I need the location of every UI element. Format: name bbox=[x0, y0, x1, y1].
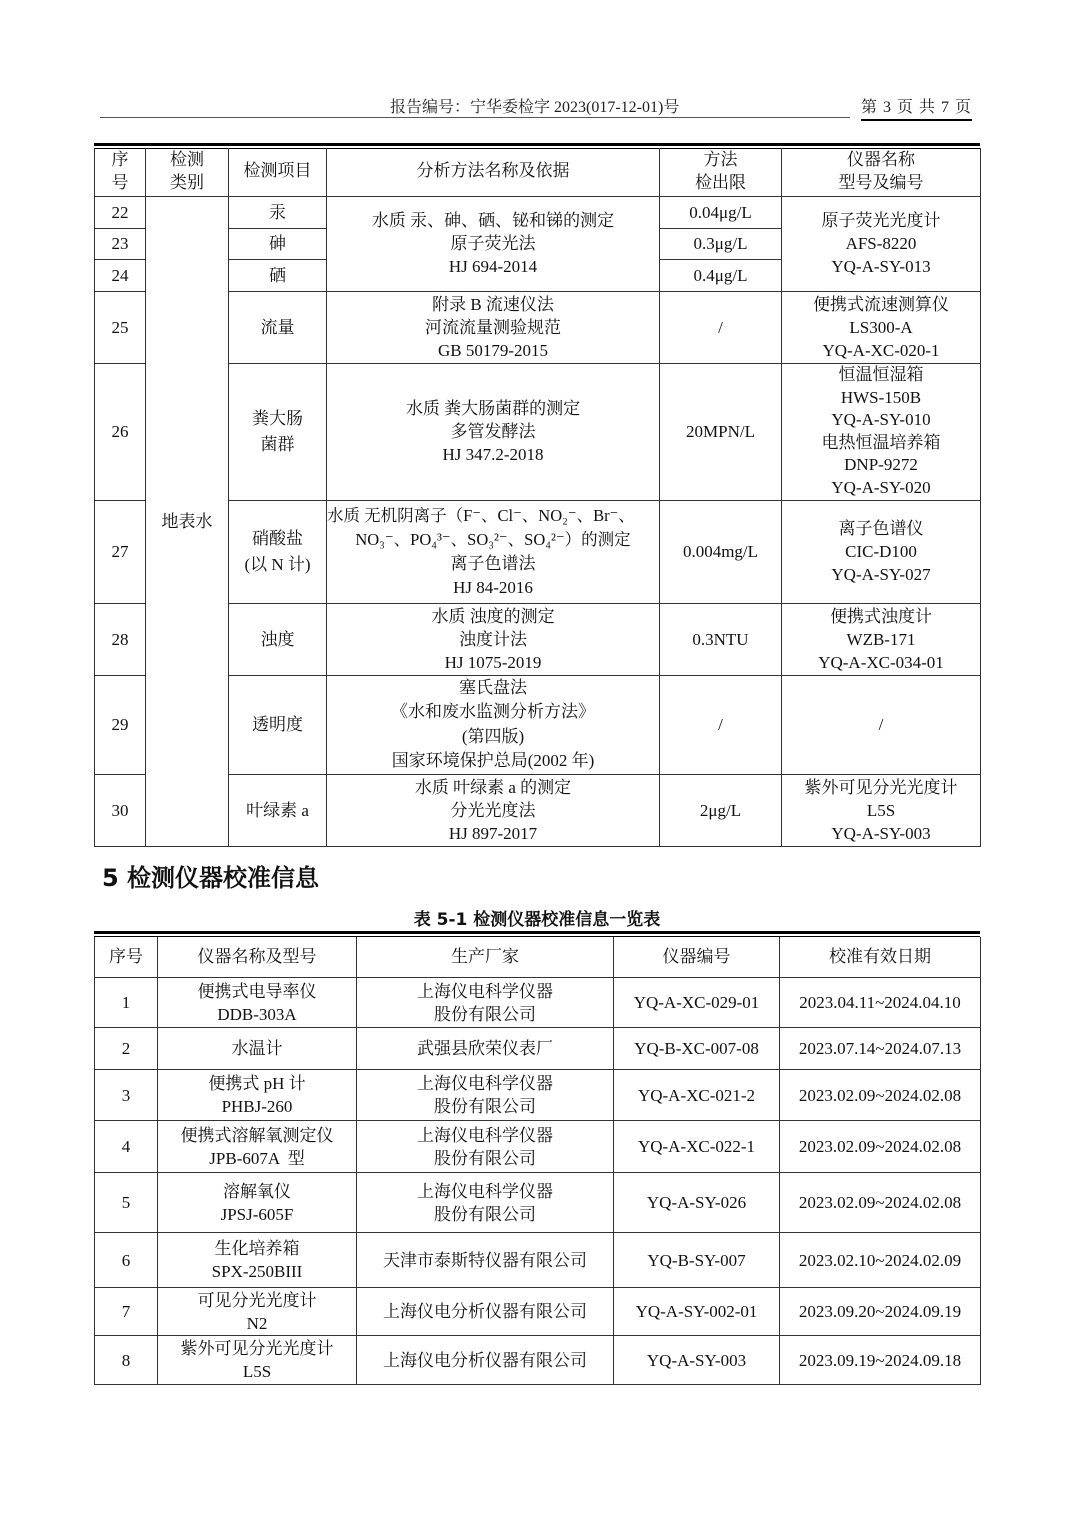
category-cell: 地表水 bbox=[146, 196, 229, 846]
seq-cell: 8 bbox=[95, 1336, 158, 1385]
date-cell: 2023.04.11~2024.04.10 bbox=[780, 978, 981, 1028]
name-cell: 水温计 bbox=[158, 1028, 357, 1070]
table-row: 2 水温计 武强县欣荣仪表厂 YQ-B-XC-007-08 2023.07.14… bbox=[95, 1028, 981, 1070]
date-cell: 2023.02.09~2024.02.08 bbox=[780, 1173, 981, 1233]
limit-cell: 0.04μg/L bbox=[660, 196, 782, 228]
instrument-cell: 离子色谱仪 CIC-D100 YQ-A-SY-027 bbox=[782, 500, 981, 603]
maker-cell: 上海仪电分析仪器有限公司 bbox=[357, 1336, 614, 1385]
header-seq: 序号 bbox=[95, 148, 146, 196]
code-cell: YQ-A-XC-021-2 bbox=[614, 1070, 780, 1121]
seq-cell: 30 bbox=[95, 774, 146, 846]
limit-cell: 0.4μg/L bbox=[660, 259, 782, 291]
limit-cell: 0.3NTU bbox=[660, 603, 782, 675]
header-instrument: 仪器名称型号及编号 bbox=[782, 148, 981, 196]
seq-cell: 22 bbox=[95, 196, 146, 228]
maker-cell: 上海仪电科学仪器股份有限公司 bbox=[357, 1070, 614, 1121]
detection-methods-table: 序号 检测类别 检测项目 分析方法名称及依据 方法检出限 仪器名称型号及编号 2… bbox=[94, 148, 981, 847]
seq-cell: 5 bbox=[95, 1173, 158, 1233]
name-cell: 生化培养箱SPX-250BIII bbox=[158, 1233, 357, 1288]
item-cell: 浊度 bbox=[229, 603, 327, 675]
seq-cell: 25 bbox=[95, 291, 146, 363]
item-cell: 砷 bbox=[229, 228, 327, 259]
seq-cell: 1 bbox=[95, 978, 158, 1028]
header-category: 检测类别 bbox=[146, 148, 229, 196]
name-cell: 便携式溶解氧测定仪JPB-607A 型 bbox=[158, 1121, 357, 1173]
date-cell: 2023.09.19~2024.09.18 bbox=[780, 1336, 981, 1385]
code-cell: YQ-B-XC-007-08 bbox=[614, 1028, 780, 1070]
table-row: 1 便携式电导率仪DDB-303A 上海仪电科学仪器股份有限公司 YQ-A-XC… bbox=[95, 978, 981, 1028]
page-info: 第 3 页 共 7 页 bbox=[861, 94, 972, 121]
date-cell: 2023.02.09~2024.02.08 bbox=[780, 1070, 981, 1121]
date-cell: 2023.02.09~2024.02.08 bbox=[780, 1121, 981, 1173]
maker-cell: 上海仪电科学仪器股份有限公司 bbox=[357, 1121, 614, 1173]
item-cell: 透明度 bbox=[229, 675, 327, 774]
table2-header-row: 序号 仪器名称及型号 生产厂家 仪器编号 校准有效日期 bbox=[95, 937, 981, 978]
item-cell: 粪大肠 菌群 bbox=[229, 363, 327, 500]
code-cell: YQ-B-SY-007 bbox=[614, 1233, 780, 1288]
maker-cell: 上海仪电分析仪器有限公司 bbox=[357, 1288, 614, 1336]
date-cell: 2023.02.10~2024.02.09 bbox=[780, 1233, 981, 1288]
limit-cell: 0.3μg/L bbox=[660, 228, 782, 259]
header-item: 检测项目 bbox=[229, 148, 327, 196]
seq-cell: 29 bbox=[95, 675, 146, 774]
limit-cell: 0.004mg/L bbox=[660, 500, 782, 603]
table-row: 8 紫外可见分光光度计L5S 上海仪电分析仪器有限公司 YQ-A-SY-003 … bbox=[95, 1336, 981, 1385]
name-cell: 紫外可见分光光度计L5S bbox=[158, 1336, 357, 1385]
limit-cell: / bbox=[660, 675, 782, 774]
item-cell: 硒 bbox=[229, 259, 327, 291]
code-cell: YQ-A-SY-003 bbox=[614, 1336, 780, 1385]
table-caption: 表 5-1 检测仪器校准信息一览表 bbox=[0, 905, 1074, 930]
method-cell: 水质 粪大肠菌群的测定 多管发酵法 HJ 347.2-2018 bbox=[327, 363, 660, 500]
table-row: 5 溶解氧仪JPSJ-605F 上海仪电科学仪器股份有限公司 YQ-A-SY-0… bbox=[95, 1173, 981, 1233]
maker-cell: 天津市泰斯特仪器有限公司 bbox=[357, 1233, 614, 1288]
maker-cell: 上海仪电科学仪器股份有限公司 bbox=[357, 978, 614, 1028]
item-cell: 流量 bbox=[229, 291, 327, 363]
table1-top-rule bbox=[94, 143, 980, 146]
item-cell: 硝酸盐 (以 N 计) bbox=[229, 500, 327, 603]
method-cell: 水质 无机阴离子（F⁻、Cl⁻、NO₂⁻、Br⁻、 NO₃⁻、PO₄³⁻、SO₃… bbox=[327, 500, 660, 603]
header-method: 分析方法名称及依据 bbox=[327, 148, 660, 196]
header-divider bbox=[100, 117, 850, 118]
header-valid-date: 校准有效日期 bbox=[780, 937, 981, 978]
header-instrument-code: 仪器编号 bbox=[614, 937, 780, 978]
table-row: 6 生化培养箱SPX-250BIII 天津市泰斯特仪器有限公司 YQ-B-SY-… bbox=[95, 1233, 981, 1288]
instrument-cell: 便携式浊度计 WZB-171 YQ-A-XC-034-01 bbox=[782, 603, 981, 675]
seq-cell: 2 bbox=[95, 1028, 158, 1070]
section-title: 5 检测仪器校准信息 bbox=[102, 858, 319, 893]
instrument-cell: / bbox=[782, 675, 981, 774]
header-limit: 方法检出限 bbox=[660, 148, 782, 196]
instrument-cell: 恒温恒湿箱 HWS-150B YQ-A-SY-010 电热恒温培养箱 DNP-9… bbox=[782, 363, 981, 500]
code-cell: YQ-A-SY-026 bbox=[614, 1173, 780, 1233]
seq-cell: 24 bbox=[95, 259, 146, 291]
seq-cell: 7 bbox=[95, 1288, 158, 1336]
code-cell: YQ-A-XC-022-1 bbox=[614, 1121, 780, 1173]
table-row: 7 可见分光光度计N2 上海仪电分析仪器有限公司 YQ-A-SY-002-01 … bbox=[95, 1288, 981, 1336]
date-cell: 2023.09.20~2024.09.19 bbox=[780, 1288, 981, 1336]
name-cell: 便携式 pH 计PHBJ-260 bbox=[158, 1070, 357, 1121]
date-cell: 2023.07.14~2024.07.13 bbox=[780, 1028, 981, 1070]
page-header: 报告编号：宁华委检字 2023(017-12-01)号 第 3 页 共 7 页 bbox=[100, 94, 972, 118]
maker-cell: 上海仪电科学仪器股份有限公司 bbox=[357, 1173, 614, 1233]
instrument-cell: 原子荧光光度计 AFS-8220 YQ-A-SY-013 bbox=[782, 196, 981, 291]
header-manufacturer: 生产厂家 bbox=[357, 937, 614, 978]
report-number: 报告编号：宁华委检字 2023(017-12-01)号 bbox=[390, 94, 679, 117]
limit-cell: 20MPN/L bbox=[660, 363, 782, 500]
instrument-cell: 紫外可见分光光度计 L5S YQ-A-SY-003 bbox=[782, 774, 981, 846]
table-row: 4 便携式溶解氧测定仪JPB-607A 型 上海仪电科学仪器股份有限公司 YQ-… bbox=[95, 1121, 981, 1173]
seq-cell: 6 bbox=[95, 1233, 158, 1288]
table2-top-rule bbox=[94, 931, 980, 934]
seq-cell: 23 bbox=[95, 228, 146, 259]
item-cell: 汞 bbox=[229, 196, 327, 228]
name-cell: 可见分光光度计N2 bbox=[158, 1288, 357, 1336]
method-cell: 附录 B 流速仪法 河流流量测验规范 GB 50179-2015 bbox=[327, 291, 660, 363]
name-cell: 溶解氧仪JPSJ-605F bbox=[158, 1173, 357, 1233]
code-cell: YQ-A-SY-002-01 bbox=[614, 1288, 780, 1336]
instrument-cell: 便携式流速测算仪 LS300-A YQ-A-XC-020-1 bbox=[782, 291, 981, 363]
header-seq: 序号 bbox=[95, 937, 158, 978]
seq-cell: 3 bbox=[95, 1070, 158, 1121]
name-cell: 便携式电导率仪DDB-303A bbox=[158, 978, 357, 1028]
header-name-model: 仪器名称及型号 bbox=[158, 937, 357, 978]
method-cell: 水质 叶绿素 a 的测定 分光光度法 HJ 897-2017 bbox=[327, 774, 660, 846]
calibration-table: 序号 仪器名称及型号 生产厂家 仪器编号 校准有效日期 1 便携式电导率仪DDB… bbox=[94, 937, 981, 1385]
limit-cell: / bbox=[660, 291, 782, 363]
seq-cell: 26 bbox=[95, 363, 146, 500]
method-cell: 水质 浊度的测定 浊度计法 HJ 1075-2019 bbox=[327, 603, 660, 675]
table-row: 3 便携式 pH 计PHBJ-260 上海仪电科学仪器股份有限公司 YQ-A-X… bbox=[95, 1070, 981, 1121]
item-cell: 叶绿素 a bbox=[229, 774, 327, 846]
method-cell: 塞氏盘法 《水和废水监测分析方法》 (第四版) 国家环境保护总局(2002 年) bbox=[327, 675, 660, 774]
seq-cell: 28 bbox=[95, 603, 146, 675]
limit-cell: 2μg/L bbox=[660, 774, 782, 846]
method-cell: 水质 汞、砷、硒、铋和锑的测定 原子荧光法 HJ 694-2014 bbox=[327, 196, 660, 291]
table1-header-row: 序号 检测类别 检测项目 分析方法名称及依据 方法检出限 仪器名称型号及编号 bbox=[95, 148, 981, 196]
maker-cell: 武强县欣荣仪表厂 bbox=[357, 1028, 614, 1070]
table-row: 22 地表水 汞 水质 汞、砷、硒、铋和锑的测定 原子荧光法 HJ 694-20… bbox=[95, 196, 981, 228]
code-cell: YQ-A-XC-029-01 bbox=[614, 978, 780, 1028]
seq-cell: 4 bbox=[95, 1121, 158, 1173]
seq-cell: 27 bbox=[95, 500, 146, 603]
